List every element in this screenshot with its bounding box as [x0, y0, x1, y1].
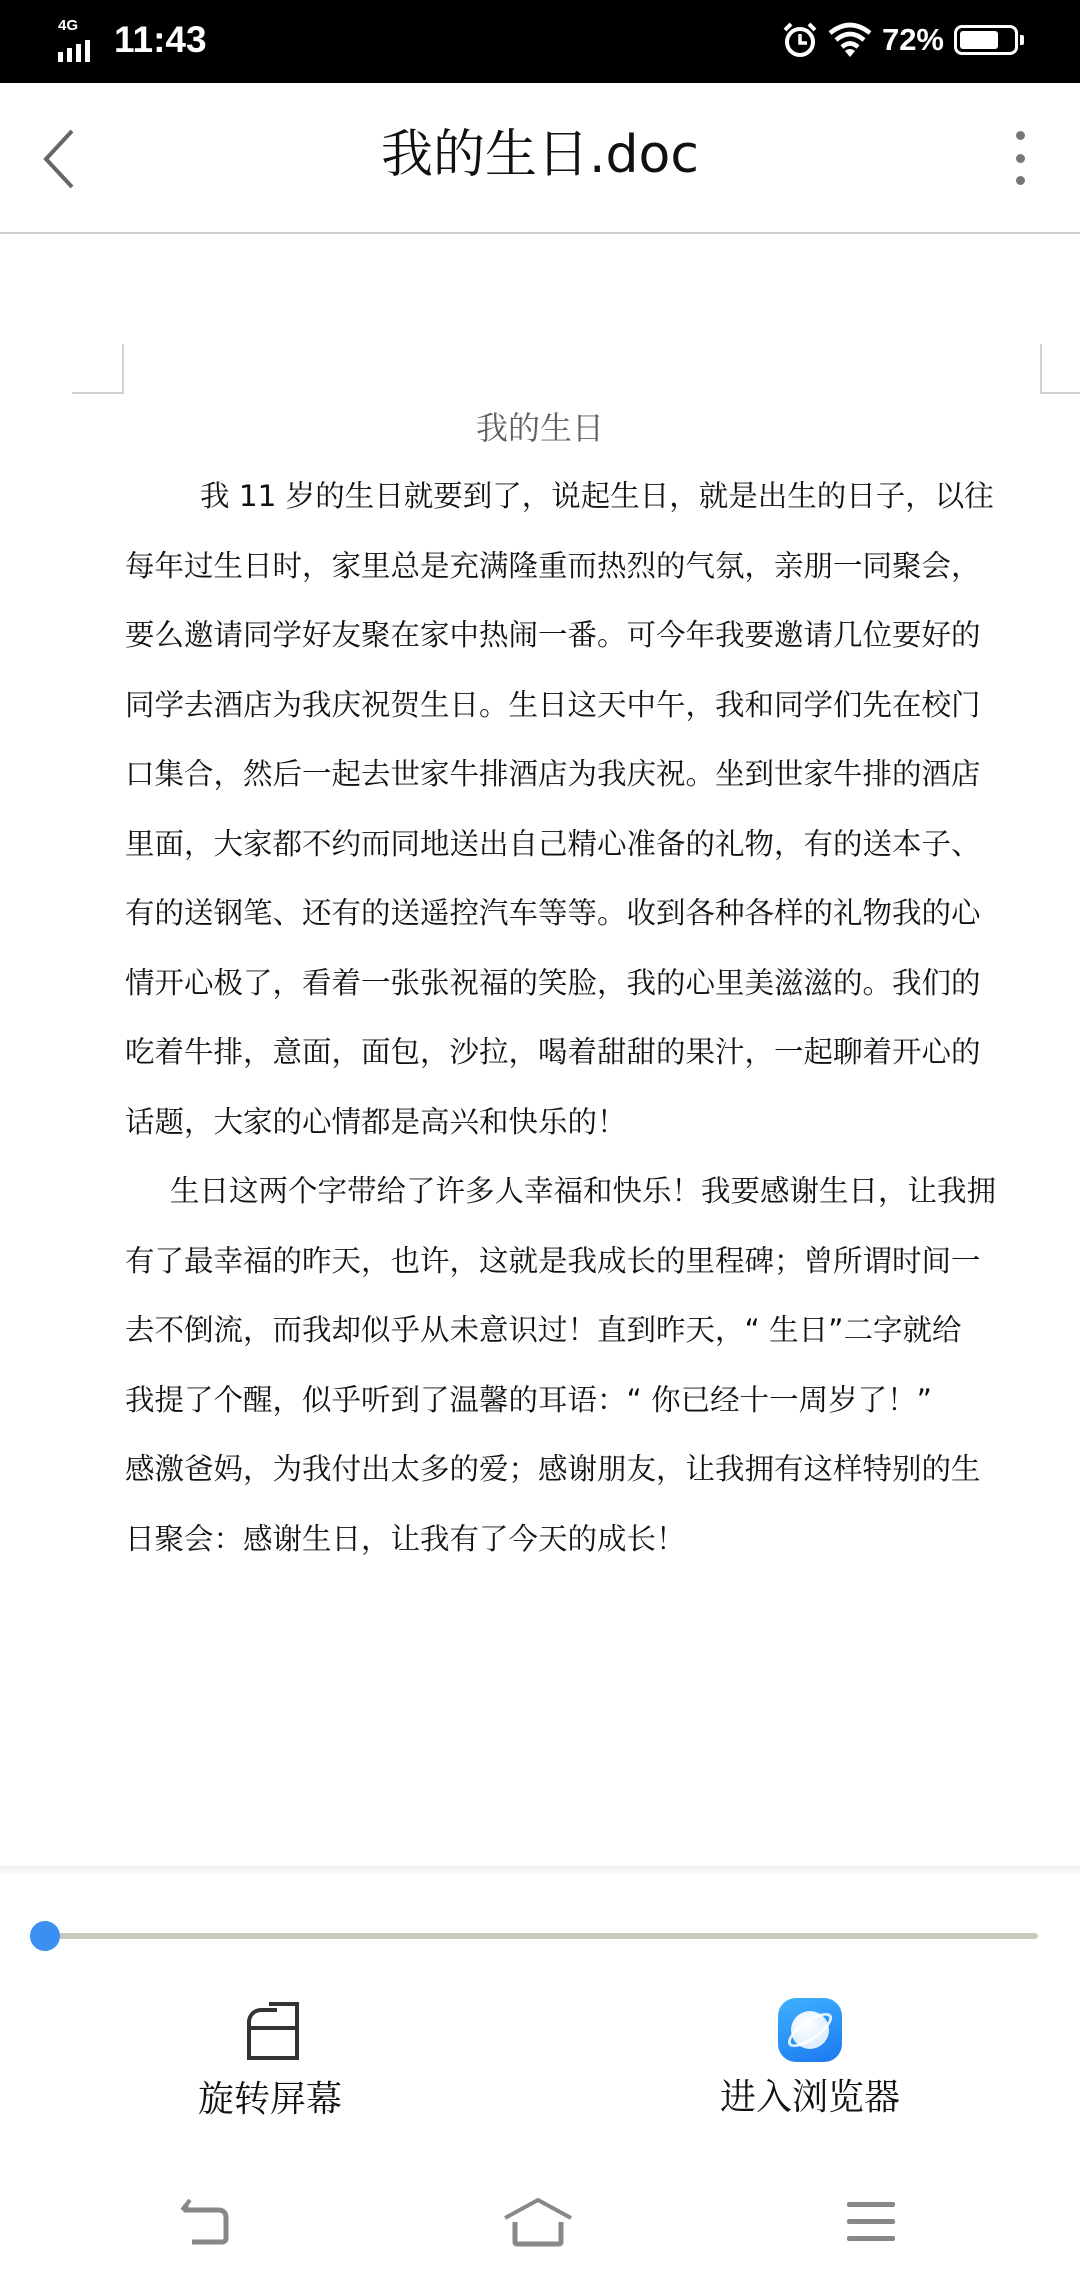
panel-divider [0, 1866, 1080, 1874]
document-title: 我的生日.doc [0, 123, 1080, 187]
signal-icon: 4G [58, 18, 106, 62]
text-line: 生日这两个字带给了许多人幸福和快乐！我要感谢生日，让我拥 [125, 1157, 1045, 1227]
nav-back-button[interactable] [178, 2198, 248, 2248]
text-line: 吃着牛排，意面，面包，沙拉，喝着甜甜的果汁，一起聊着开心的 [125, 1018, 1045, 1088]
nav-home-button[interactable] [503, 2198, 573, 2248]
more-options-button[interactable] [1000, 123, 1040, 193]
text-line: 要么邀请同学好友聚在家中热闹一番。可今年我要邀请几位要好的 [125, 601, 1045, 671]
text-line: 里面，大家都不约而同地送出自己精心准备的礼物，有的送本子、 [125, 810, 1045, 880]
text-line: 情开心极了，看着一张张祝福的笑脸，我的心里美滋滋的。我们的 [125, 949, 1045, 1019]
slider-thumb[interactable] [30, 1921, 60, 1951]
status-bar: 4G 11:43 72% [0, 0, 1080, 83]
rotate-screen-button[interactable]: 旋转屏幕 [120, 1998, 420, 2118]
menu-icon [847, 2202, 895, 2207]
text-line: 去不倒流，而我却似乎从未意识过！直到昨天，“ 生日”二字就给 [125, 1296, 1045, 1366]
clock: 11:43 [114, 18, 207, 62]
app-header: 我的生日.doc [0, 83, 1080, 234]
home-icon [503, 2198, 573, 2248]
text-line: 日聚会：感谢生日，让我有了今天的成长！ [125, 1505, 1045, 1575]
text-line: 我提了个醒，似乎听到了温馨的耳语：“ 你已经十一周岁了！” [125, 1366, 1045, 1436]
document-body: 我 11 岁的生日就要到了，说起生日，就是出生的日子，以往 每年过生日时，家里总… [125, 462, 1045, 1574]
rotate-screen-label: 旋转屏幕 [120, 2078, 420, 2122]
text-line: 有了最幸福的昨天，也许，这就是我成长的里程碑；曾所谓时间一 [125, 1227, 1045, 1297]
browser-icon [778, 1998, 842, 2062]
open-in-browser-label: 进入浏览器 [660, 2076, 960, 2120]
system-nav-bar [0, 2160, 1080, 2280]
alarm-icon [782, 20, 818, 60]
rotate-screen-icon [237, 1998, 303, 2064]
nav-menu-button[interactable] [843, 2198, 913, 2248]
text-line: 同学去酒店为我庆祝贺生日。生日这天中午，我和同学们先在校门 [125, 671, 1045, 741]
text-line: 感激爸妈，为我付出太多的爱；感谢朋友，让我拥有这样特别的生 [125, 1435, 1045, 1505]
battery-icon [954, 25, 1018, 55]
slider-track[interactable] [48, 1933, 1038, 1939]
text-line: 口集合，然后一起去世家牛排酒店为我庆祝。坐到世家牛排的酒店 [125, 740, 1045, 810]
text-line: 话题，大家的心情都是高兴和快乐的！ [125, 1088, 1045, 1158]
document-heading: 我的生日 [0, 406, 1080, 450]
more-vertical-icon [1016, 131, 1025, 140]
text-line: 每年过生日时，家里总是充满隆重而热烈的气氛，亲朋一同聚会， [125, 532, 1045, 602]
page-corner-mark-right [1040, 344, 1080, 394]
document-viewer[interactable]: 我的生日 我 11 岁的生日就要到了，说起生日，就是出生的日子，以往 每年过生日… [0, 236, 1080, 1866]
network-type: 4G [58, 18, 78, 33]
back-icon [178, 2198, 248, 2248]
text-line: 我 11 岁的生日就要到了，说起生日，就是出生的日子，以往 [125, 462, 1045, 532]
battery-percent: 72% [882, 18, 944, 62]
text-line: 有的送钢笔、还有的送遥控汽车等等。收到各种各样的礼物我的心 [125, 879, 1045, 949]
wifi-icon [828, 21, 872, 59]
page-corner-mark-left [72, 344, 124, 394]
page-progress-slider[interactable] [28, 1918, 1038, 1954]
open-in-browser-button[interactable]: 进入浏览器 [660, 1998, 960, 2118]
